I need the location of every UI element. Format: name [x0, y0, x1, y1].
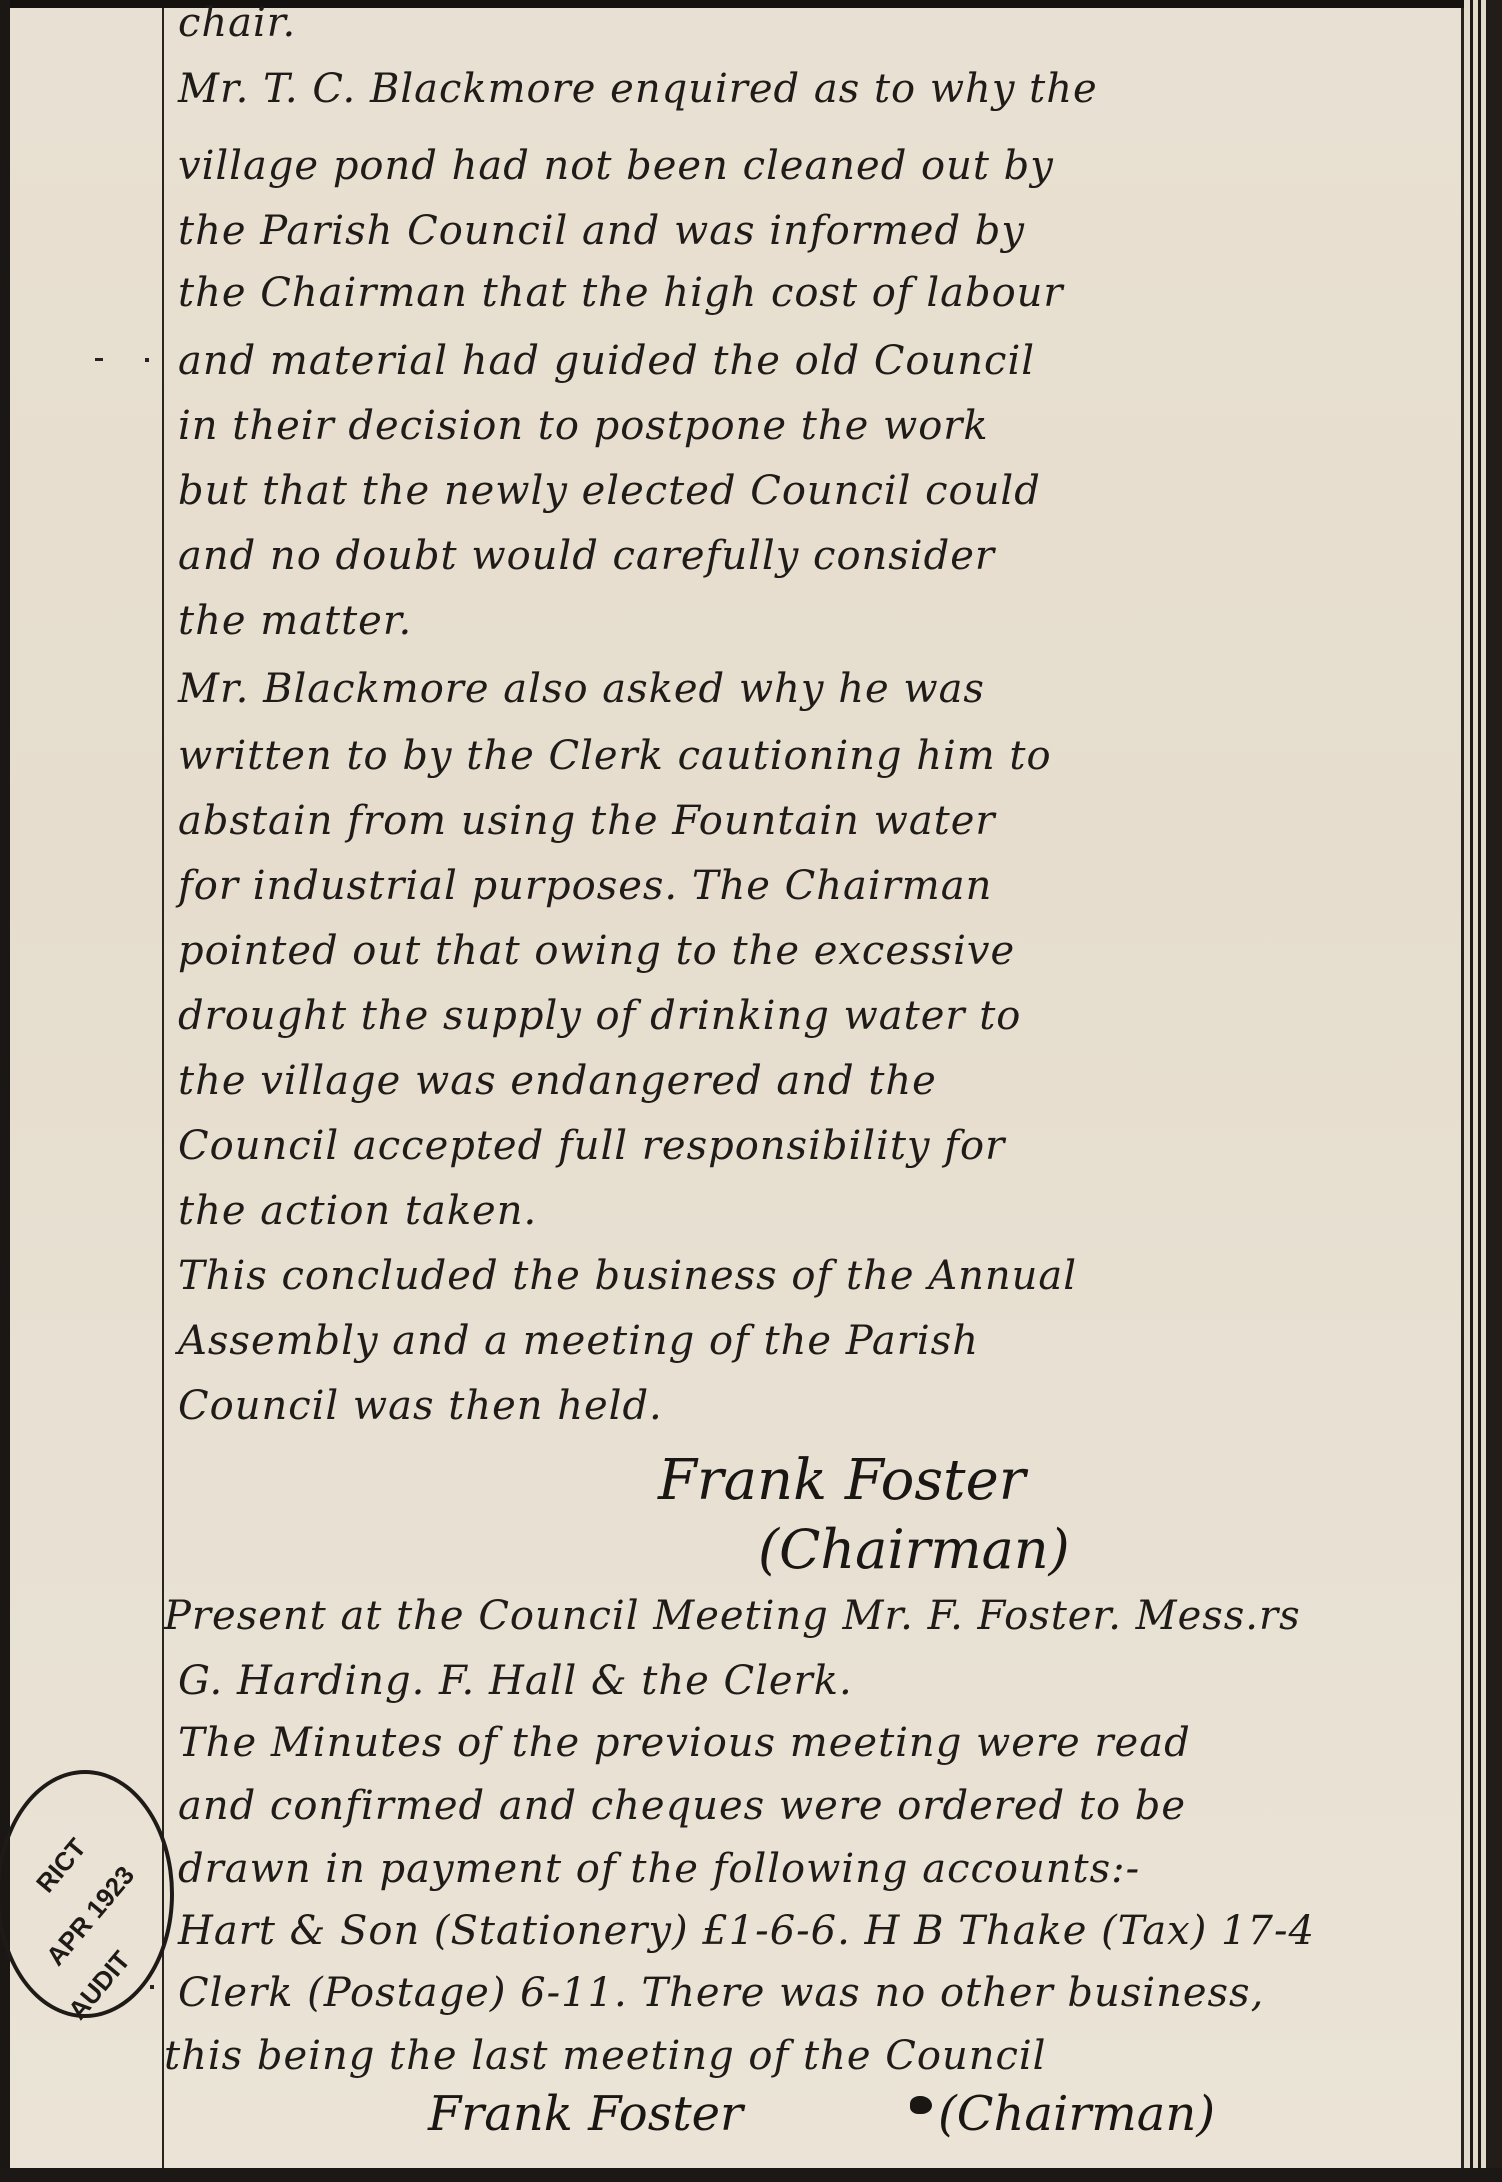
binding-spine [1486, 0, 1502, 2182]
text-line: abstain from using the Fountain water [178, 798, 996, 844]
text-line: G. Harding. F. Hall & the Clerk. [178, 1658, 853, 1704]
text-line: Mr. T. C. Blackmore enquired as to why t… [178, 66, 1098, 112]
margin-mark [150, 1985, 154, 1989]
text-line: in their decision to postpone the work [178, 403, 989, 449]
margin-mark [145, 358, 149, 362]
binding-line [1470, 0, 1473, 2182]
chairman-title-2: (Chairman) [938, 2086, 1215, 2142]
text-line: village pond had not been cleaned out by [178, 143, 1054, 189]
text-line: Present at the Council Meeting Mr. F. Fo… [164, 1593, 1301, 1639]
text-line: this being the last meeting of the Counc… [164, 2033, 1046, 2079]
text-line: pointed out that owing to the excessive [178, 928, 1015, 974]
text-line: drought the supply of drinking water to [178, 993, 1021, 1039]
stamp-text-district: RICT [30, 1833, 93, 1899]
text-line: Mr. Blackmore also asked why he was [178, 666, 985, 712]
binding-line [1478, 0, 1481, 2182]
text-line: Hart & Son (Stationery) £1-6-6. H B Thak… [178, 1908, 1315, 1954]
ink-blot [910, 2096, 932, 2114]
text-line: Council was then held. [178, 1383, 663, 1429]
text-line: Clerk (Postage) 6-11. There was no other… [178, 1970, 1264, 2016]
margin-mark [95, 358, 103, 361]
chairman-title: (Chairman) [758, 1518, 1070, 1581]
bottom-edge-shadow [0, 2168, 1502, 2182]
text-line: and no doubt would carefully consider [178, 533, 995, 579]
text-line: and confirmed and cheques were ordered t… [178, 1783, 1186, 1829]
text-line: written to by the Clerk cautioning him t… [178, 733, 1052, 779]
text-line: the Chairman that the high cost of labou… [178, 270, 1064, 316]
text-line: This concluded the business of the Annua… [178, 1253, 1077, 1299]
ledger-page: RICT APR 1923 AUDIT chair. Mr. T. C. Bla… [10, 8, 1464, 2168]
text-line: the Parish Council and was informed by [178, 208, 1025, 254]
text-line: Council accepted full responsibility for [178, 1123, 1005, 1169]
text-line: the matter. [178, 598, 412, 644]
text-line: chair. [178, 0, 296, 46]
text-line: but that the newly elected Council could [178, 468, 1041, 514]
text-line: and material had guided the old Council [178, 338, 1035, 384]
text-line: for industrial purposes. The Chairman [178, 863, 992, 909]
chairman-signature: Frank Foster [658, 1448, 1025, 1513]
chairman-signature-2: Frank Foster [428, 2086, 743, 2142]
text-line: The Minutes of the previous meeting were… [178, 1720, 1191, 1766]
text-line: the action taken. [178, 1188, 537, 1234]
text-line: Assembly and a meeting of the Parish [178, 1318, 979, 1364]
text-line: the village was endangered and the [178, 1058, 937, 1104]
district-audit-stamp: RICT APR 1923 AUDIT [0, 1770, 174, 2018]
book-binding-edge [1464, 0, 1502, 2182]
text-line: drawn in payment of the following accoun… [178, 1846, 1140, 1892]
